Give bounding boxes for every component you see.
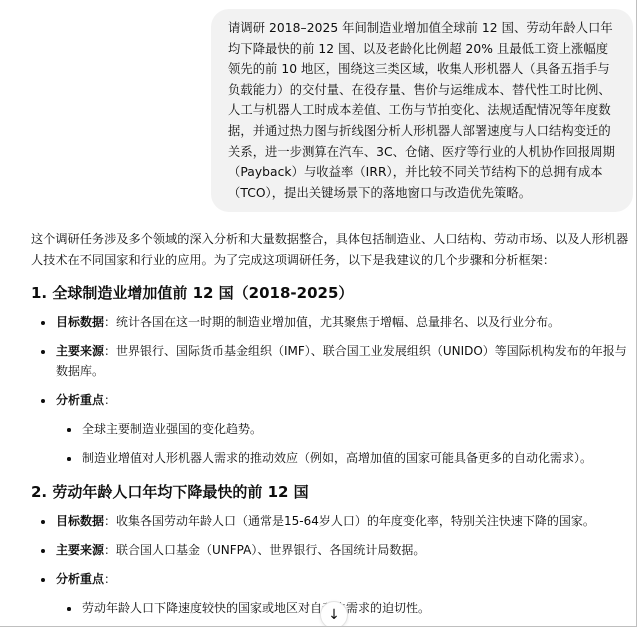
item-label: 目标数据 <box>56 315 104 329</box>
arrow-down-icon: ↓ <box>328 607 340 623</box>
section-heading: 1. 全球制造业增加值前 12 国（2018-2025） <box>31 283 636 303</box>
item-label: 分析重点 <box>56 393 104 407</box>
scroll-to-bottom-button[interactable]: ↓ <box>320 601 348 627</box>
item-text: ：联合国人口基金（UNFPA）、世界银行、各国统计局数据。 <box>104 543 425 557</box>
list-item-analysis-focus: 分析重点： <box>31 569 636 589</box>
item-text: ：收集各国劳动年龄人口（通常是15-64岁人口）的年度变化率，特别关注快速下降的… <box>104 514 595 528</box>
list-item-analysis-focus: 分析重点： <box>31 390 636 410</box>
item-text: ： <box>104 572 116 586</box>
assistant-intro: 这个调研任务涉及多个领域的深入分析和大量数据整合，具体包括制造业、人口结构、劳动… <box>31 229 636 271</box>
list-subitem: 制造业增值对人形机器人需求的推动效应（例如，高增加值的国家可能具备更多的自动化需… <box>31 448 636 468</box>
item-label: 目标数据 <box>56 514 104 528</box>
item-text: ： <box>104 393 116 407</box>
list-item-target-data: 目标数据：收集各国劳动年龄人口（通常是15-64岁人口）的年度变化率，特别关注快… <box>31 511 636 531</box>
user-message-row: 请调研 2018–2025 年间制造业增加值全球前 12 国、劳动年龄人口年均下… <box>211 9 633 212</box>
user-message-bubble: 请调研 2018–2025 年间制造业增加值全球前 12 国、劳动年龄人口年均下… <box>211 9 633 212</box>
chat-view: 请调研 2018–2025 年间制造业增加值全球前 12 国、劳动年龄人口年均下… <box>0 0 637 627</box>
list-item-target-data: 目标数据：统计各国在这一时期的制造业增加值，尤其聚焦于增幅、总量排名、以及行业分… <box>31 312 636 332</box>
section-heading: 2. 劳动年龄人口年均下降最快的前 12 国 <box>31 482 636 502</box>
section-list: 目标数据：统计各国在这一时期的制造业增加值，尤其聚焦于增幅、总量排名、以及行业分… <box>31 312 636 468</box>
item-text: ：世界银行、国际货币基金组织（IMF）、联合国工业发展组织（UNIDO）等国际机… <box>56 344 627 378</box>
list-item-main-source: 主要来源：世界银行、国际货币基金组织（IMF）、联合国工业发展组织（UNIDO）… <box>31 341 636 381</box>
item-text: ：统计各国在这一时期的制造业增加值，尤其聚焦于增幅、总量排名、以及行业分布。 <box>104 315 560 329</box>
list-subitem: 全球主要制造业强国的变化趋势。 <box>31 419 636 439</box>
list-item-main-source: 主要来源：联合国人口基金（UNFPA）、世界银行、各国统计局数据。 <box>31 540 636 560</box>
section-2: 2. 劳动年龄人口年均下降最快的前 12 国 目标数据：收集各国劳动年龄人口（通… <box>31 482 636 618</box>
item-label: 主要来源 <box>56 344 104 358</box>
assistant-message: 这个调研任务涉及多个领域的深入分析和大量数据整合，具体包括制造业、人口结构、劳动… <box>31 229 636 627</box>
item-label: 分析重点 <box>56 572 104 586</box>
item-label: 主要来源 <box>56 543 104 557</box>
section-1: 1. 全球制造业增加值前 12 国（2018-2025） 目标数据：统计各国在这… <box>31 283 636 468</box>
